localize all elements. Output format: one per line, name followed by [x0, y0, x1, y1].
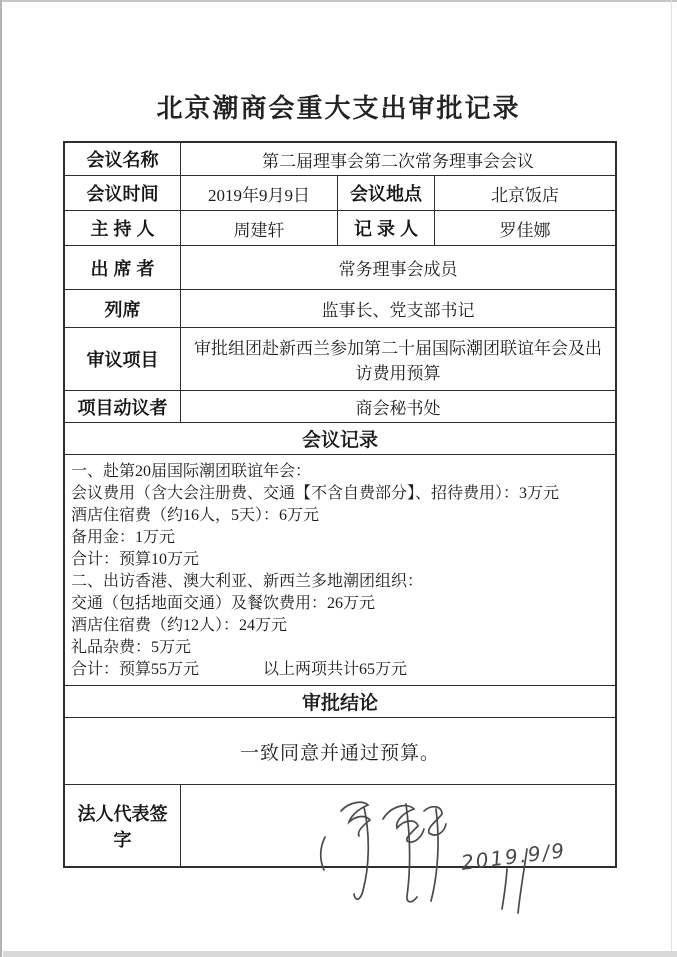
- row-meeting-name: 会议名称 第二届理事会第二次常务理事会会议: [65, 143, 615, 175]
- observers-label: 列席: [65, 290, 180, 327]
- signature-label: 法人代表签字: [65, 785, 180, 866]
- approval-section-header: 审批结论: [65, 686, 615, 717]
- scan-edge-left: [0, 0, 2, 957]
- recorder-value: 罗佳娜: [434, 211, 615, 245]
- scan-edge-right: [671, 0, 672, 957]
- host-label: 主 持 人: [65, 211, 180, 245]
- scan-edge-top: [0, 0, 677, 2]
- row-time-place: 会议时间 2019年9月9日 会议地点 北京饭店: [65, 175, 615, 210]
- approval-record-table: 会议名称 第二届理事会第二次常务理事会会议 会议时间 2019年9月9日 会议地…: [63, 141, 617, 868]
- document-title: 北京潮商会重大支出审批记录: [0, 88, 677, 125]
- minutes-section-header: 会议记录: [65, 423, 615, 454]
- minutes-line: 酒店住宿费（约16人，5天）：6万元: [71, 505, 609, 527]
- meeting-time-label: 会议时间: [65, 176, 180, 210]
- row-minutes-content: 一、赴第20届国际潮团联谊年会： 会议费用（含大会注册费、交通【不含自费部分】、…: [65, 454, 615, 685]
- minutes-line: 礼品杂费：5万元: [71, 637, 609, 659]
- minutes-line: 会议费用（含大会注册费、交通【不含自费部分】、招待费用）：3万元: [71, 483, 609, 505]
- row-approval-conclusion: 一致同意并通过预算。: [65, 717, 615, 784]
- observers-value: 监事长、党支部书记: [180, 290, 615, 327]
- approval-conclusion-text: 一致同意并通过预算。: [65, 718, 615, 784]
- meeting-name-value: 第二届理事会第二次常务理事会会议: [180, 143, 615, 175]
- review-item-value: 审批组团赴新西兰参加第二十届国际潮团联谊年会及出访费用预算: [180, 328, 615, 390]
- row-observers: 列席 监事长、党支部书记: [65, 289, 615, 327]
- meeting-place-value: 北京饭店: [434, 176, 615, 210]
- attendees-label: 出 席 者: [65, 246, 180, 289]
- legal-representative-signature: 2019.9/9: [311, 789, 581, 929]
- minutes-line: 酒店住宿费（约12人）：24万元: [71, 615, 609, 637]
- minutes-line: 二、出访香港、澳大利亚、新西兰多地潮团组织：: [71, 571, 609, 593]
- minutes-line: 合计：预算55万元 以上两项共计65万元: [71, 659, 609, 681]
- scanned-document-sheet: 北京潮商会重大支出审批记录 会议名称 第二届理事会第二次常务理事会会议 会议时间…: [0, 0, 677, 957]
- review-item-label: 审议项目: [65, 328, 180, 390]
- row-attendees: 出 席 者 常务理事会成员: [65, 245, 615, 289]
- row-approval-header: 审批结论: [65, 685, 615, 717]
- minutes-line: 一、赴第20届国际潮团联谊年会：: [71, 461, 609, 483]
- proposer-label: 项目动议者: [65, 391, 180, 422]
- row-host-recorder: 主 持 人 周建轩 记 录 人 罗佳娜: [65, 210, 615, 245]
- proposer-value: 商会秘书处: [180, 391, 615, 422]
- signature-date: 2019.9/9: [460, 838, 568, 875]
- signature-cell: 2019.9/9: [180, 785, 615, 866]
- row-review-item: 审议项目 审批组团赴新西兰参加第二十届国际潮团联谊年会及出访费用预算: [65, 327, 615, 390]
- meeting-time-value: 2019年9月9日: [180, 176, 337, 210]
- minutes-content: 一、赴第20届国际潮团联谊年会： 会议费用（含大会注册费、交通【不含自费部分】、…: [65, 455, 615, 685]
- row-proposer: 项目动议者 商会秘书处: [65, 390, 615, 422]
- row-signature: 法人代表签字 2019.9/9: [65, 784, 615, 866]
- minutes-line: 交通（包括地面交通）及餐饮费用：26万元: [71, 593, 609, 615]
- attendees-value: 常务理事会成员: [180, 246, 615, 289]
- minutes-line: 备用金：1万元: [71, 527, 609, 549]
- row-minutes-header: 会议记录: [65, 422, 615, 454]
- host-value: 周建轩: [180, 211, 337, 245]
- scan-edge-bottom: [3, 951, 677, 957]
- minutes-line: 合计：预算10万元: [71, 549, 609, 571]
- recorder-label: 记 录 人: [337, 211, 434, 245]
- meeting-place-label: 会议地点: [337, 176, 434, 210]
- meeting-name-label: 会议名称: [65, 143, 180, 175]
